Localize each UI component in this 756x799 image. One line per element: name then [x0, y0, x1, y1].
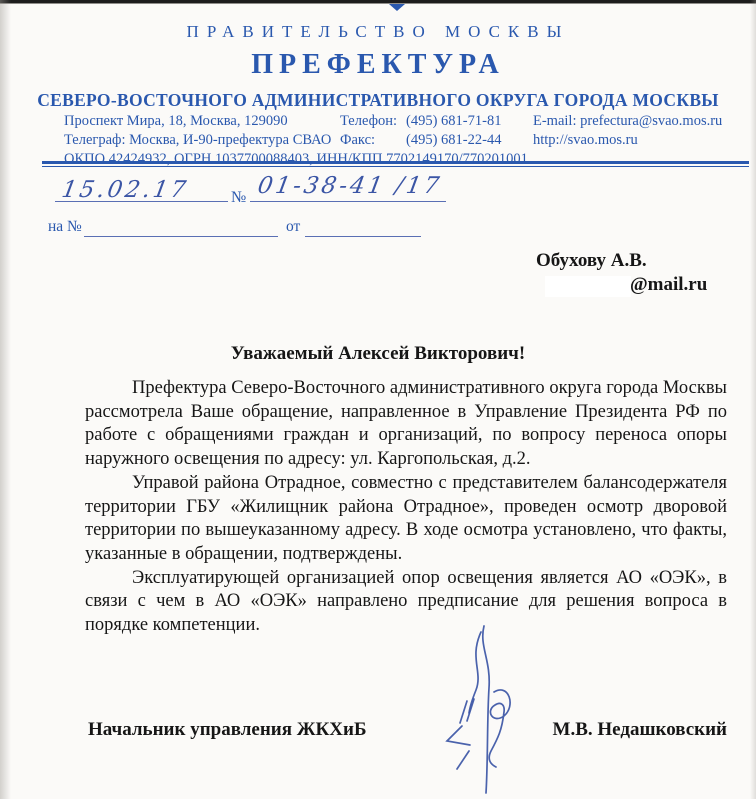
- signature-stroke-loop: [489, 690, 510, 767]
- website-url: http://svao.mos.ru: [533, 131, 722, 150]
- contact-phone-block: Телефон:(495) 681-71-81 Факс:(495) 681-2…: [340, 112, 501, 150]
- signature-stroke-wave: [469, 632, 481, 713]
- postal-address: Проспект Мира, 18, Москва, 129090: [64, 112, 331, 131]
- salutation: Уважаемый Алексей Викторович!: [0, 343, 756, 365]
- body-paragraph-3: Эксплуатирующей организацией опор освеще…: [85, 567, 727, 638]
- fax-line: Факс:(495) 681-22-44: [340, 131, 501, 150]
- signature-stroke-main: [483, 626, 489, 793]
- phone-line: Телефон:(495) 681-71-81: [340, 112, 501, 131]
- body-paragraph-2: Управой района Отрадное, совместно с пре…: [85, 472, 727, 567]
- letterhead-divider: [42, 161, 749, 167]
- scan-edge-top: [0, 0, 756, 4]
- email-address: E-mail: prefectura@svao.mos.ru: [533, 112, 722, 131]
- prefecture-title: ПРЕФЕКТУРА: [0, 49, 756, 81]
- signature-stroke-slash1: [460, 701, 467, 723]
- body-paragraph-1: Префектура Северо-Восточного администрат…: [85, 377, 727, 472]
- signature-scribble: [438, 620, 560, 799]
- contact-address-block: Проспект Мира, 18, Москва, 129090 Телегр…: [64, 112, 331, 150]
- redacted-email-username: [545, 276, 631, 297]
- scanned-letter-page: ПРАВИТЕЛЬСТВО МОСКВЫ ПРЕФЕКТУРА СЕВЕРО-В…: [0, 0, 756, 799]
- fax-label: Факс:: [340, 131, 406, 150]
- phone-number: (495) 681-71-81: [406, 113, 501, 129]
- handwritten-date: 15.02.17: [60, 177, 191, 203]
- from-date-blank-line: [305, 236, 421, 237]
- date-blank-line: [55, 201, 228, 202]
- emblem-tip-icon: [389, 4, 405, 11]
- number-sign-label: №: [231, 189, 246, 207]
- government-title: ПРАВИТЕЛЬСТВО МОСКВЫ: [0, 22, 756, 42]
- addressee-email-domain: @mail.ru: [630, 274, 707, 296]
- letterhead: ПРАВИТЕЛЬСТВО МОСКВЫ ПРЕФЕКТУРА СЕВЕРО-В…: [0, 22, 756, 111]
- reply-number-blank-line: [84, 236, 278, 237]
- signer-name: М.В. Недашковский: [553, 719, 727, 741]
- number-blank-line: [250, 201, 446, 202]
- signature-stroke-slash3: [457, 751, 469, 769]
- handwritten-outgoing-number: 01-38-41 /17: [256, 173, 444, 199]
- contact-web-block: E-mail: prefectura@svao.mos.ru http://sv…: [533, 112, 722, 150]
- phone-label: Телефон:: [340, 112, 406, 131]
- okrug-title: СЕВЕРО-ВОСТОЧНОГО АДМИНИСТРАТИВНОГО ОКРУ…: [0, 90, 756, 111]
- telegraph-address: Телеграф: Москва, И-90-префектура СВАО: [64, 131, 331, 150]
- signer-position-title: Начальник управления ЖКХиБ: [88, 719, 367, 741]
- addressee-name: Обухову А.В.: [536, 250, 647, 272]
- reply-to-number-label: на №: [48, 218, 82, 236]
- fax-number: (495) 681-22-44: [406, 132, 501, 148]
- signature-stroke-slash2: [467, 699, 474, 721]
- scan-edge-right: [750, 0, 756, 799]
- scan-edge-left: [0, 0, 11, 799]
- from-date-label: от: [286, 218, 300, 236]
- signature-stroke-arrow: [447, 726, 470, 745]
- letter-body: Префектура Северо-Восточного администрат…: [85, 377, 727, 638]
